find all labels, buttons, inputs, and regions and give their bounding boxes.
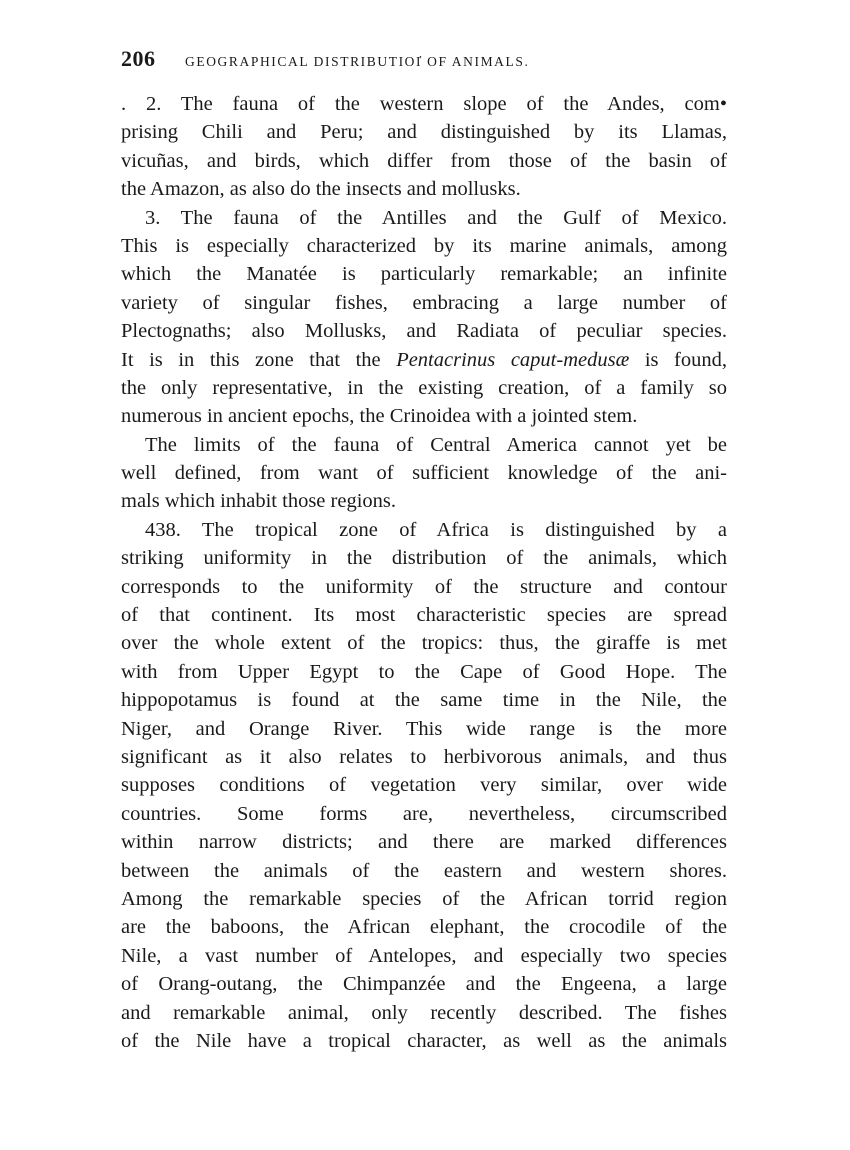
text-line: of the Nile have a tropical character, a… [121, 1027, 727, 1055]
book-page: 206 GEOGRAPHICAL DISTRIBUTIOI̓ OF ANIMAL… [121, 46, 727, 1055]
text-line: numerous in ancient epochs, the Crinoide… [121, 402, 727, 430]
text-line: This is especially characterized by its … [121, 232, 727, 260]
text-line: corresponds to the uniformity of the str… [121, 573, 727, 601]
text-line: are the baboons, the African elephant, t… [121, 913, 727, 941]
text-line: of that continent. Its most characterist… [121, 601, 727, 629]
text-line: over the whole extent of the tropics: th… [121, 629, 727, 657]
text-line: the only representative, in the existing… [121, 374, 727, 402]
page-header: 206 GEOGRAPHICAL DISTRIBUTIOI̓ OF ANIMAL… [121, 46, 727, 80]
text-line: vicuñas, and birds, which differ from th… [121, 147, 727, 175]
text-line: prising Chili and Peru; and distinguishe… [121, 118, 727, 146]
body-text: . 2. The fauna of the western slope of t… [121, 90, 727, 1055]
text-line: variety of singular fishes, embracing a … [121, 289, 727, 317]
text-line: Niger, and Orange River. This wide range… [121, 715, 727, 743]
text-line: mals which inhabit those regions. [121, 487, 727, 515]
text-line: significant as it also relates to herbiv… [121, 743, 727, 771]
text-run: is found, [629, 349, 727, 371]
text-line: Plectognaths; also Mollusks, and Radiata… [121, 317, 727, 345]
text-line: The limits of the fauna of Central Ameri… [121, 431, 727, 459]
text-line: which the Manatée is particularly remark… [121, 260, 727, 288]
text-line: the Amazon, as also do the insects and m… [121, 175, 727, 203]
text-run: It is in this zone that the [121, 349, 396, 371]
running-head: GEOGRAPHICAL DISTRIBUTIOI̓ OF ANIMALS. [185, 54, 529, 70]
text-line: countries. Some forms are, nevertheless,… [121, 800, 727, 828]
text-line: 438. The tropical zone of Africa is dist… [121, 516, 727, 544]
text-line: with from Upper Egypt to the Cape of Goo… [121, 658, 727, 686]
text-line: . 2. The fauna of the western slope of t… [121, 90, 727, 118]
text-line: Among the remarkable species of the Afri… [121, 885, 727, 913]
text-line: Nile, a vast number of Antelopes, and es… [121, 942, 727, 970]
text-line: It is in this zone that the Pentacrinus … [121, 346, 727, 374]
text-line: hippopotamus is found at the same time i… [121, 686, 727, 714]
text-line: of Orang-outang, the Chimpanzée and the … [121, 970, 727, 998]
text-line: within narrow districts; and there are m… [121, 828, 727, 856]
text-line: and remarkable animal, only recently des… [121, 999, 727, 1027]
text-line: between the animals of the eastern and w… [121, 857, 727, 885]
text-line: striking uniformity in the distribution … [121, 544, 727, 572]
species-name-italic: Pentacrinus caput-medusæ [396, 349, 629, 371]
text-line: 3. The fauna of the Antilles and the Gul… [121, 204, 727, 232]
page-number: 206 [121, 46, 185, 72]
text-line: supposes conditions of vegetation very s… [121, 771, 727, 799]
text-line: well defined, from want of sufficient kn… [121, 459, 727, 487]
